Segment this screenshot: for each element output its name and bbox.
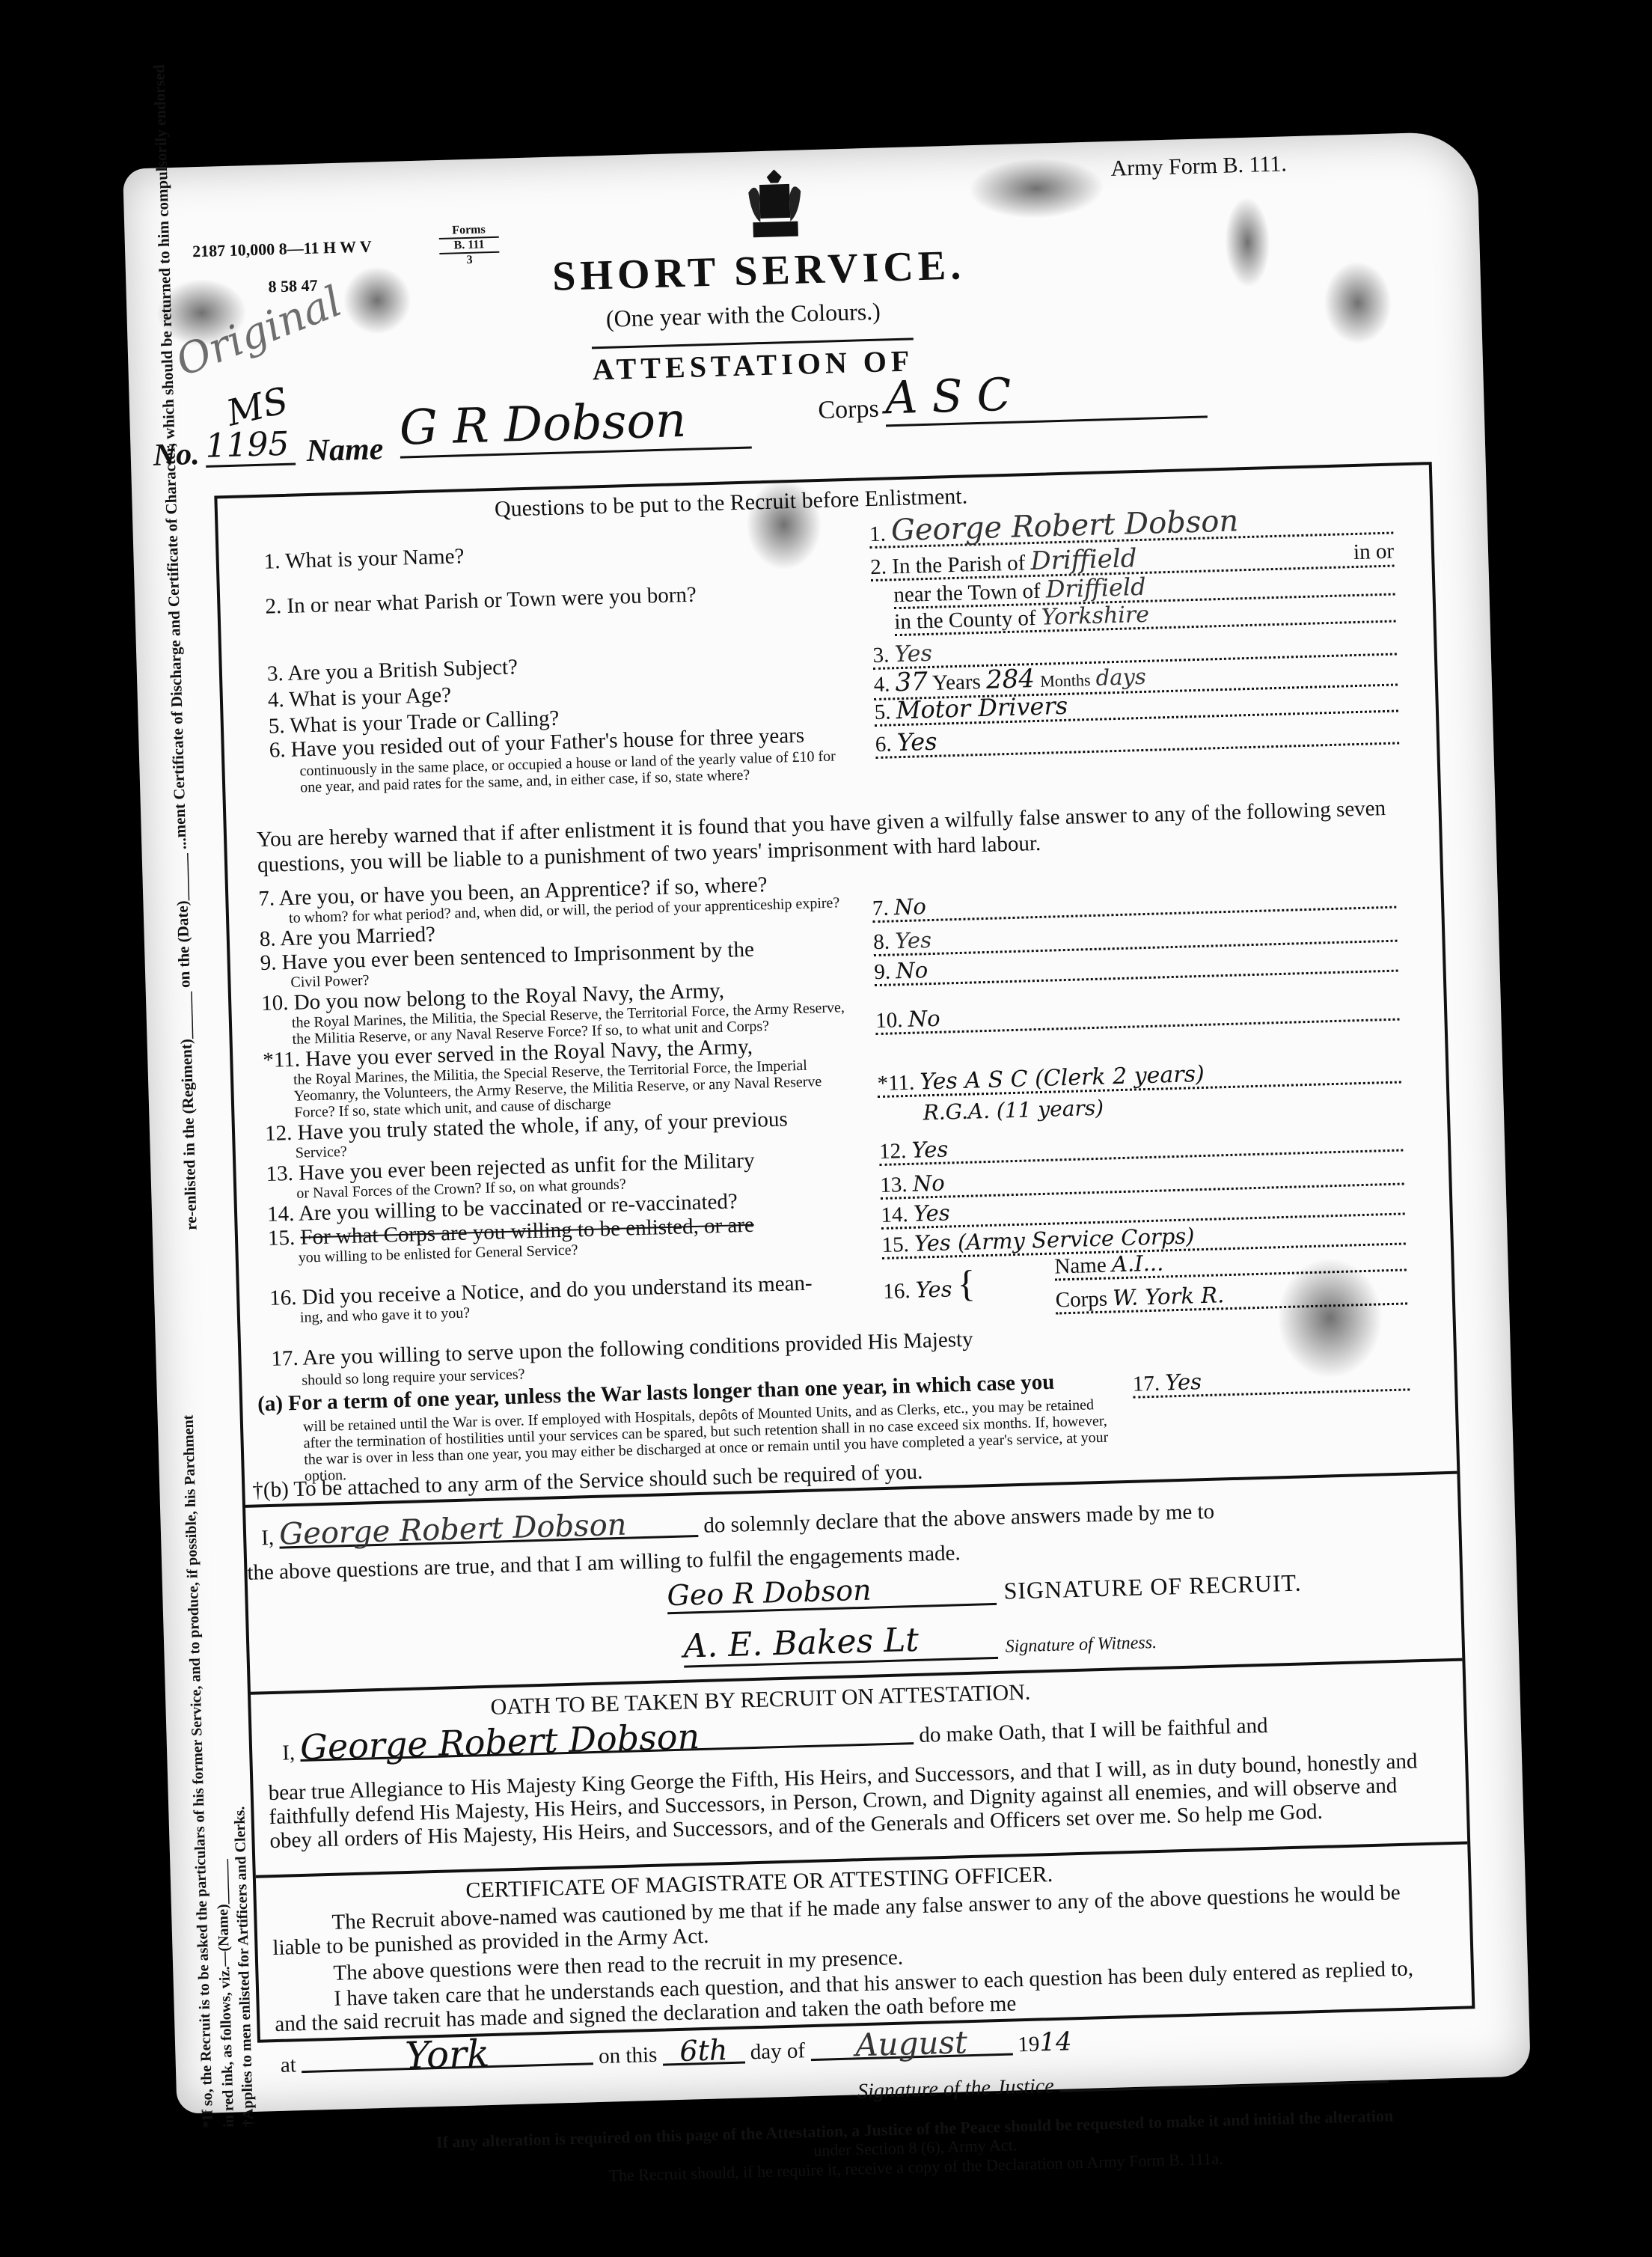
- regimental-number-field: 1195: [205, 424, 296, 467]
- ink-smudge: [1323, 261, 1392, 345]
- questions-7-17: 7. Are you, or have you been, an Apprent…: [258, 870, 861, 1327]
- warning-text: You are hereby warned that if after enli…: [257, 795, 1410, 878]
- ink-smudge: [1224, 197, 1271, 288]
- form-main-box: Questions to be put to the Recruit befor…: [214, 462, 1475, 2043]
- royal-crest-icon: [744, 168, 806, 241]
- justice-signature-label: Signature of the Justice: [857, 2065, 1389, 2104]
- witness-signature: A. E. Bakes Lt: [683, 1619, 998, 1668]
- recruit-signature: Geo R Dobson: [667, 1570, 997, 1614]
- attestation-form-page: 2187 10,000 8—11 H W V Forms B. 111 3 8 …: [123, 131, 1531, 2114]
- question-2: 2. In or near what Parish or Town were y…: [265, 578, 834, 618]
- answer-11-line2: R.G.A. (11 years): [923, 1096, 1104, 1126]
- justice-signature-field: [1059, 2081, 1389, 2092]
- form-title: SHORT SERVICE.: [551, 241, 966, 300]
- witness-signature-label: Signature of Witness.: [1005, 1633, 1157, 1658]
- attestation-heading: ATTESTATION OF: [592, 338, 914, 387]
- answer-11: *11. Yes A S C (Clerk 2 years): [877, 1057, 1401, 1099]
- name-field: G R Dobson: [399, 391, 752, 458]
- margin-note-top: re-enlisted in the (Regiment)______ on t…: [150, 64, 201, 1230]
- forms-number: B. 111: [439, 236, 500, 254]
- margin-note-bottom1: *If so, the Recruit is to be asked the p…: [180, 1414, 218, 2128]
- answer-17: 17. Yes: [1132, 1363, 1410, 1398]
- ink-smudge: [968, 156, 1104, 220]
- question-1: 1. What is your Name?: [263, 534, 833, 573]
- print-code: 2187 10,000 8—11 H W V: [192, 237, 372, 262]
- corps-label: Corps: [818, 395, 879, 425]
- ink-smudge: [343, 266, 412, 335]
- name-label: Name: [306, 431, 384, 469]
- army-form-number: Army Form B. 111.: [1110, 151, 1287, 182]
- forms-box: Forms B. 111 3: [438, 223, 500, 268]
- oath-body: bear true Allegiance to His Majesty King…: [268, 1749, 1437, 1854]
- recruit-signature-label: SIGNATURE OF RECRUIT.: [1003, 1569, 1302, 1605]
- answer-10: 10. No: [875, 994, 1400, 1036]
- form-subtitle: (One year with the Colours.): [605, 298, 881, 333]
- corps-field: A S C: [884, 363, 1208, 427]
- forms-label: Forms: [438, 223, 498, 238]
- forms-sub: 3: [439, 253, 499, 268]
